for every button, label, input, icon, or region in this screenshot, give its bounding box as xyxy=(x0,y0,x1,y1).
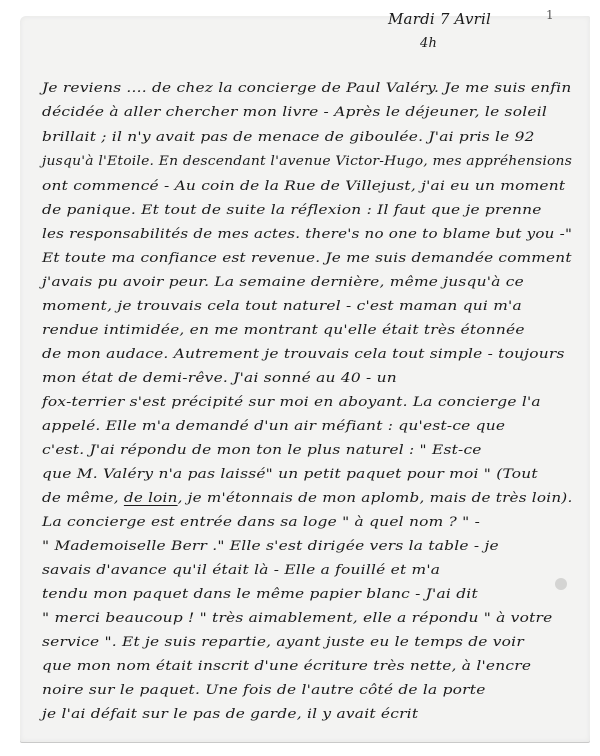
ink-smudge xyxy=(555,578,567,590)
text-line: de mon audace. Autrement je trouvais cel… xyxy=(42,348,565,361)
text-line: c'est. J'ai répondu de mon ton le plus n… xyxy=(42,444,482,457)
text-line: fox-terrier s'est précipité sur moi en a… xyxy=(42,396,541,409)
text-line: Je reviens .... de chez la concierge de … xyxy=(42,82,571,95)
text-line: Et toute ma confiance est revenue. Je me… xyxy=(42,252,572,265)
text-line: " Mademoiselle Berr ." Elle s'est dirigé… xyxy=(42,540,499,553)
text-line: de panique. Et tout de suite la réflexio… xyxy=(42,204,542,217)
text-line: que mon nom était inscrit d'une écriture… xyxy=(42,660,531,673)
text-line: j'avais pu avoir peur. La semaine derniè… xyxy=(42,276,524,289)
text-line: de même, de loin, je m'étonnais de mon a… xyxy=(42,492,573,505)
text-line: La concierge est entrée dans sa loge " à… xyxy=(42,516,480,529)
text-line: mon état de demi-rêve. J'ai sonné au 40 … xyxy=(42,372,397,385)
text-line: je l'ai défait sur le pas de garde, il y… xyxy=(42,708,418,721)
letter-hour: 4h xyxy=(420,36,437,51)
text-line: savais d'avance qu'il était là - Elle a … xyxy=(42,564,440,577)
text-line: rendue intimidée, en me montrant qu'elle… xyxy=(42,324,525,337)
text-line: moment, je trouvais cela tout naturel - … xyxy=(42,300,522,313)
text-line: tendu mon paquet dans le même papier bla… xyxy=(42,588,478,601)
text-line: brillait ; il n'y avait pas de menace de… xyxy=(42,131,535,144)
text-line: que M. Valéry n'a pas laissé" un petit p… xyxy=(42,468,538,481)
text-line: " merci beaucoup ! " très aimablement, e… xyxy=(42,612,552,625)
underlined-phrase: de loin xyxy=(124,491,178,506)
letter-date: Mardi 7 Avril xyxy=(388,10,491,28)
text-line: ont commencé - Au coin de la Rue de Vill… xyxy=(42,180,565,193)
text-line: les responsabilités de mes actes. there'… xyxy=(42,228,572,241)
text-line: décidée à aller chercher mon livre - Apr… xyxy=(42,106,547,119)
text-line: jusqu'à l'Etoile. En descendant l'avenue… xyxy=(42,155,572,168)
text-line: service ". Et je suis repartie, ayant ju… xyxy=(42,636,524,649)
text-line: noire sur le paquet. Une fois de l'autre… xyxy=(42,684,486,697)
text-line: appelé. Elle m'a demandé d'un air méfian… xyxy=(42,420,505,433)
page-number: 1 xyxy=(546,8,554,22)
